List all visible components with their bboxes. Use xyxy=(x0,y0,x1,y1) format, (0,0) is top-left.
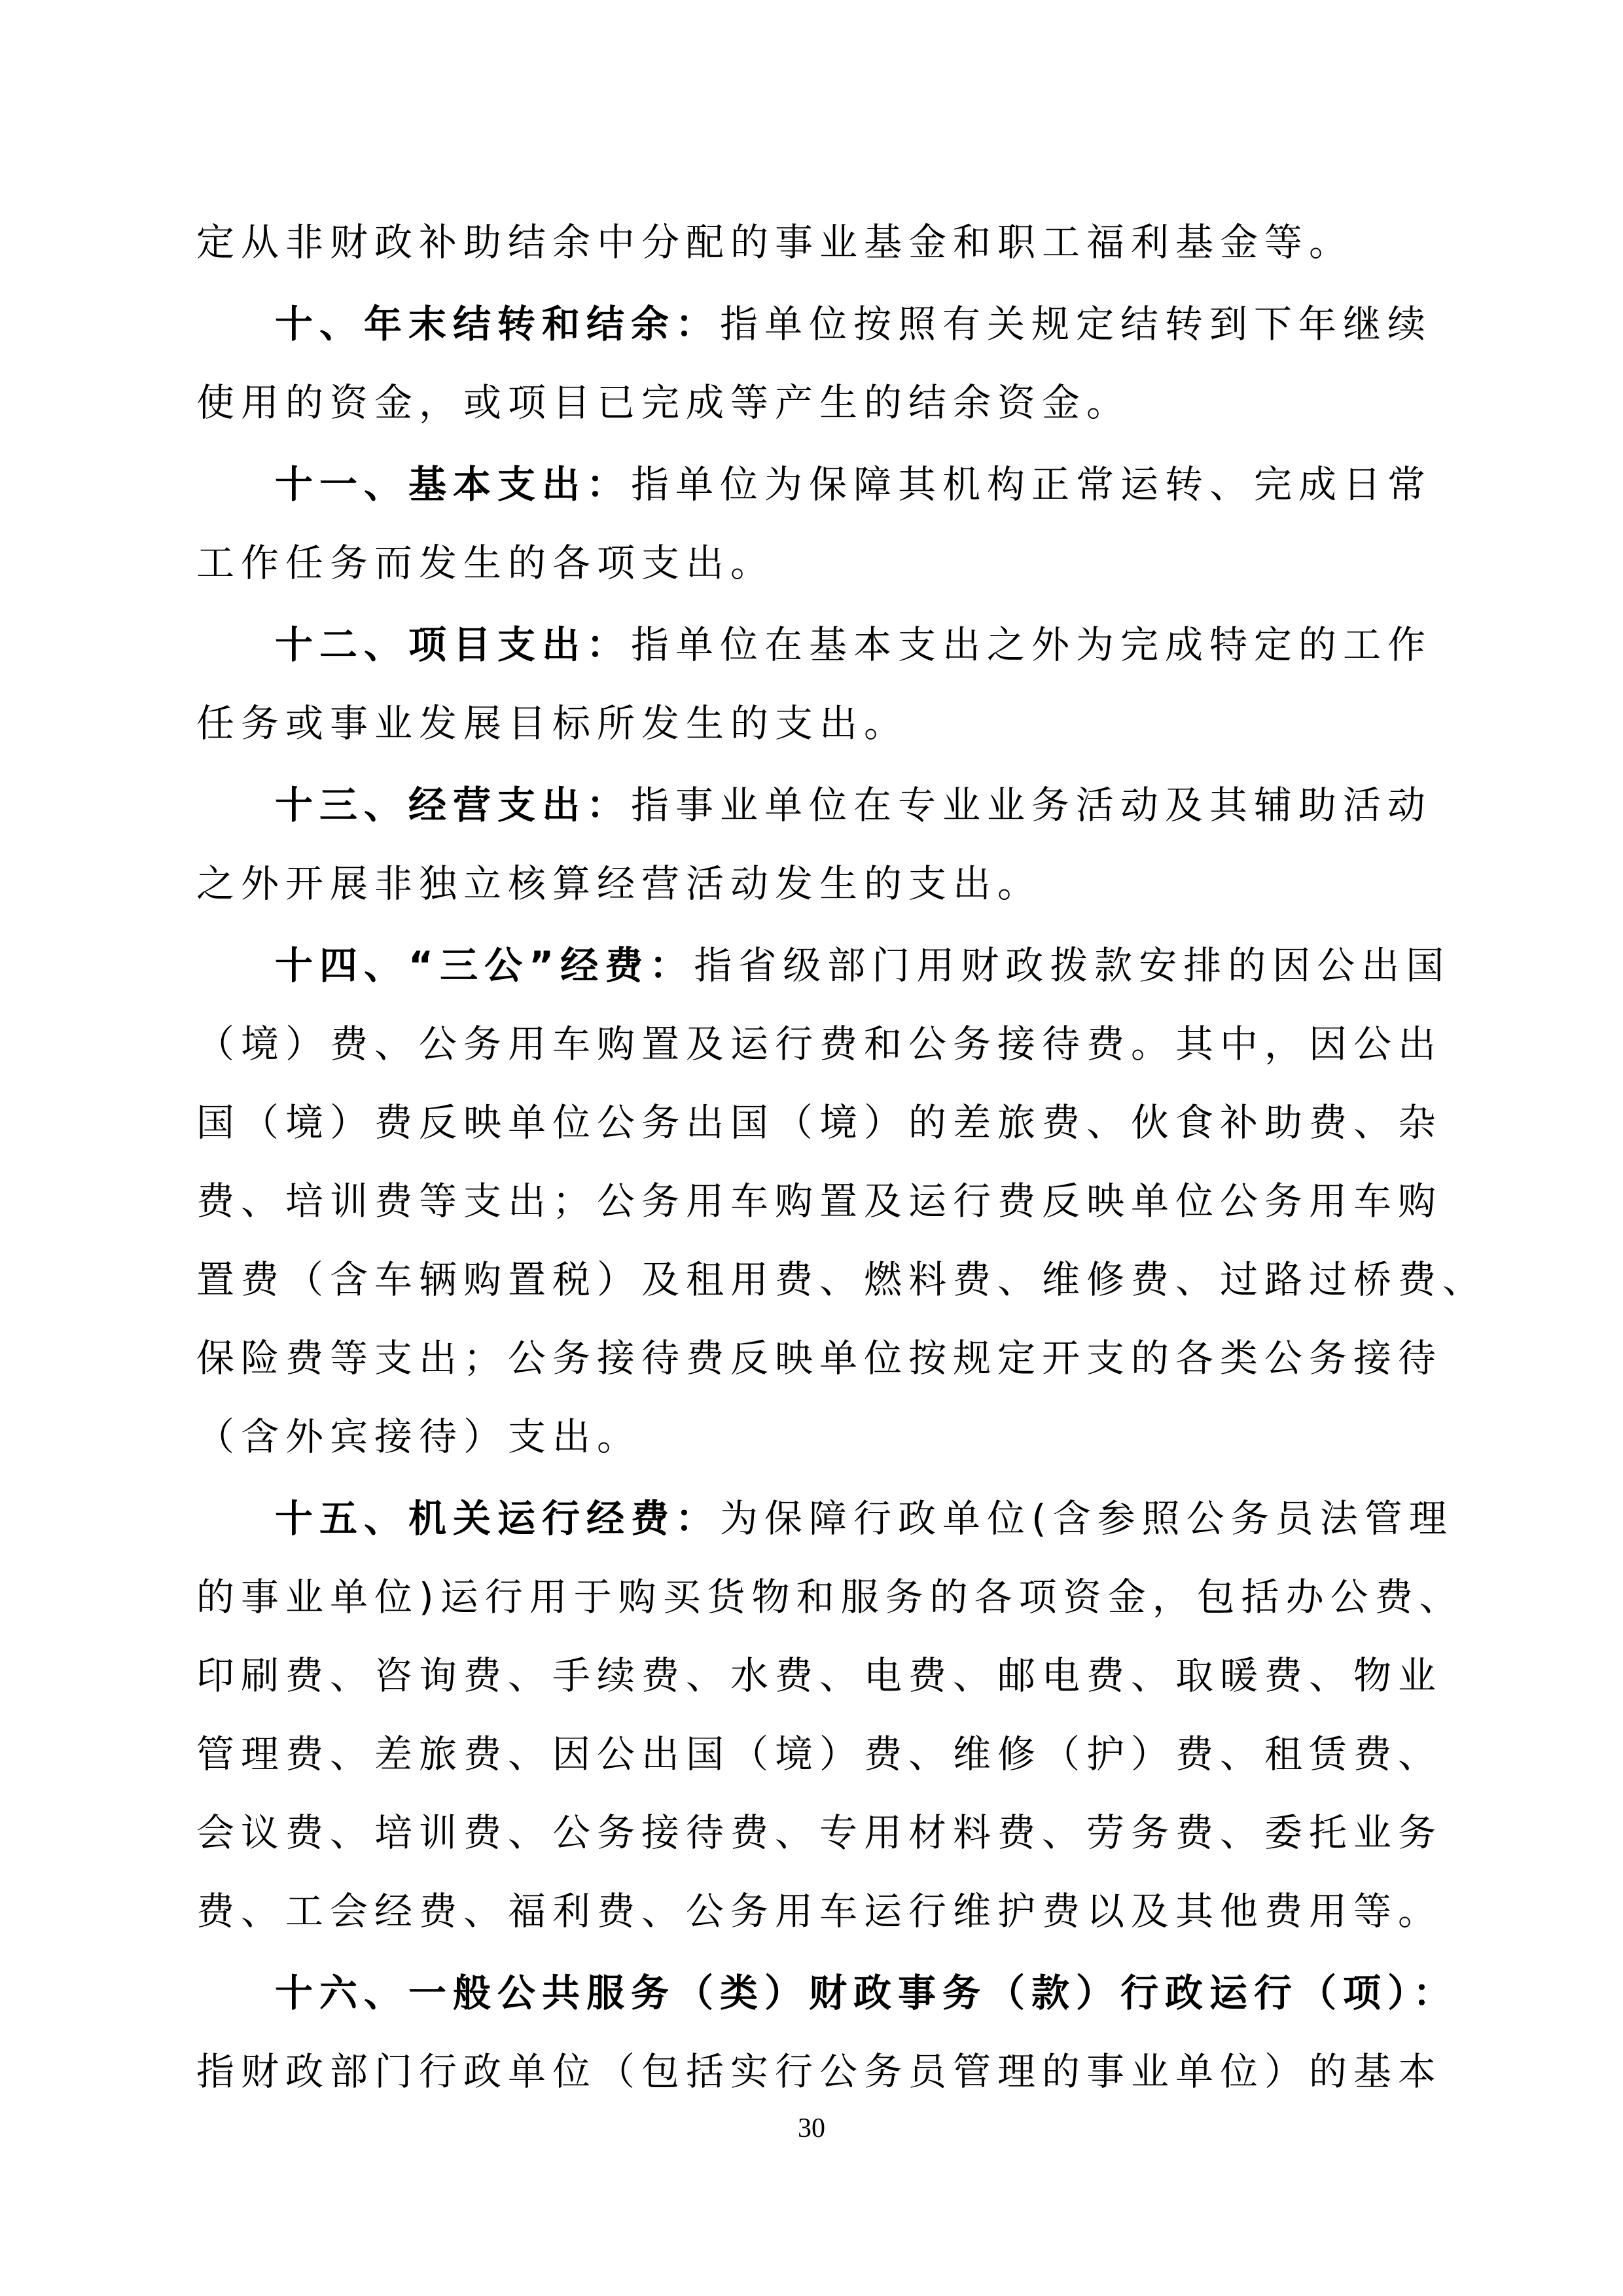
section-title: 十、年末结转和结余： xyxy=(275,302,720,346)
body-text: 指省级部门用财政拨款安排的因公出国 xyxy=(694,943,1450,988)
section-eleven-heading: 十一、基本支出：指单位为保障其机构正常运转、完成日常 xyxy=(275,458,1518,511)
body-text: 之外开展非独立核算经营活动发生的支出。 xyxy=(196,861,1042,906)
body-text: 费、培训费等支出；公务用车购置及运行费反映单位公务用车购 xyxy=(196,1179,1442,1223)
body-text: （含外宾接待）支出。 xyxy=(196,1414,641,1459)
text-line: 会议费、培训费、公务接待费、专用材料费、劳务费、委托业务 xyxy=(196,1806,1440,1859)
section-title: 十五、机关运行经费： xyxy=(275,1496,720,1541)
section-title: 十四、“三公”经费： xyxy=(275,943,694,988)
text-line: 管理费、差旅费、因公出国（境）费、维修（护）费、租赁费、 xyxy=(196,1728,1440,1780)
text-line: 置费（含车辆购置税）及租用费、燃料费、维修费、过路过桥费、 xyxy=(196,1253,1440,1306)
body-text: 指单位为保障其机构正常运转、完成日常 xyxy=(631,462,1432,507)
body-text: 任务或事业发展目标所发生的支出。 xyxy=(196,701,908,745)
text-line: 的事业单位)运行用于购买货物和服务的各项资金，包括办公费、 xyxy=(196,1571,1440,1623)
body-text: 为保障行政单位(含参照公务员法管理 xyxy=(720,1496,1454,1541)
body-text: 指事业单位在专业业务活动及其辅助活动 xyxy=(631,783,1432,827)
body-text: 国（境）费反映单位公务出国（境）的差旅费、伙食补助费、杂 xyxy=(196,1100,1442,1145)
body-text: 管理费、差旅费、因公出国（境）费、维修（护）费、租赁费、 xyxy=(196,1732,1442,1776)
text-line: 印刷费、咨询费、手续费、水费、电费、邮电费、取暖费、物业 xyxy=(196,1649,1440,1702)
section-sixteen-heading: 十六、一般公共服务（类）财政事务（款）行政运行（项）： xyxy=(275,1967,1518,2019)
text-line: 之外开展非独立核算经营活动发生的支出。 xyxy=(196,857,1440,910)
text-line: （境）费、公务用车购置及运行费和公务接待费。其中，因公出 xyxy=(196,1018,1440,1070)
body-text: 使用的资金，或项目已完成等产生的结余资金。 xyxy=(196,380,1131,425)
text-line: 国（境）费反映单位公务出国（境）的差旅费、伙食补助费、杂 xyxy=(196,1096,1440,1149)
section-title: 十二、项目支出： xyxy=(275,622,631,667)
body-text: 保险费等支出；公务接待费反映单位按规定开支的各类公务接待 xyxy=(196,1336,1442,1380)
body-text: 指单位按照有关规定结转到下年继续 xyxy=(720,302,1432,346)
text-line: 费、培训费等支出；公务用车购置及运行费反映单位公务用车购 xyxy=(196,1175,1440,1227)
body-text: 定从非财政补助结余中分配的事业基金和职工福利基金等。 xyxy=(196,220,1353,264)
section-twelve-heading: 十二、项目支出：指单位在基本支出之外为完成特定的工作 xyxy=(275,619,1518,671)
section-fourteen-heading: 十四、“三公”经费：指省级部门用财政拨款安排的因公出国 xyxy=(275,939,1518,992)
body-text: 的事业单位)运行用于购买货物和服务的各项资金，包括办公费、 xyxy=(196,1575,1464,1619)
body-text: 置费（含车辆购置税）及租用费、燃料费、维修费、过路过桥费、 xyxy=(196,1257,1487,1302)
section-fifteen-heading: 十五、机关运行经费：为保障行政单位(含参照公务员法管理 xyxy=(275,1492,1518,1545)
text-line: 指财政部门行政单位（包括实行公务员管理的事业单位）的基本 xyxy=(196,2045,1440,2098)
body-text: 费、工会经费、福利费、公务用车运行维护费以及其他费用等。 xyxy=(196,1889,1442,1933)
document-page: 定从非财政补助结余中分配的事业基金和职工福利基金等。 十、年末结转和结余：指单位… xyxy=(0,0,1623,2296)
body-text: 印刷费、咨询费、手续费、水费、电费、邮电费、取暖费、物业 xyxy=(196,1653,1442,1698)
body-text: 工作任务而发生的各项支出。 xyxy=(196,541,775,585)
page-number: 30 xyxy=(0,2113,1623,2144)
body-text: 会议费、培训费、公务接待费、专用材料费、劳务费、委托业务 xyxy=(196,1810,1442,1855)
text-line: 任务或事业发展目标所发生的支出。 xyxy=(196,697,1440,749)
text-line: 定从非财政补助结余中分配的事业基金和职工福利基金等。 xyxy=(196,216,1440,268)
text-line: 使用的资金，或项目已完成等产生的结余资金。 xyxy=(196,376,1440,429)
text-line: 费、工会经费、福利费、公务用车运行维护费以及其他费用等。 xyxy=(196,1885,1440,1937)
section-thirteen-heading: 十三、经营支出：指事业单位在专业业务活动及其辅助活动 xyxy=(275,779,1518,831)
body-text: 指单位在基本支出之外为完成特定的工作 xyxy=(631,622,1432,667)
text-line: （含外宾接待）支出。 xyxy=(196,1410,1440,1463)
section-title: 十六、一般公共服务（类）财政事务（款）行政运行（项）： xyxy=(275,1971,1457,2015)
section-title: 十三、经营支出： xyxy=(275,783,631,827)
text-line: 工作任务而发生的各项支出。 xyxy=(196,537,1440,589)
section-title: 十一、基本支出： xyxy=(275,462,631,507)
body-text: （境）费、公务用车购置及运行费和公务接待费。其中，因公出 xyxy=(196,1022,1442,1066)
section-ten-heading: 十、年末结转和结余：指单位按照有关规定结转到下年继续 xyxy=(275,298,1518,350)
body-text: 指财政部门行政单位（包括实行公务员管理的事业单位）的基本 xyxy=(196,2049,1442,2094)
text-line: 保险费等支出；公务接待费反映单位按规定开支的各类公务接待 xyxy=(196,1332,1440,1384)
